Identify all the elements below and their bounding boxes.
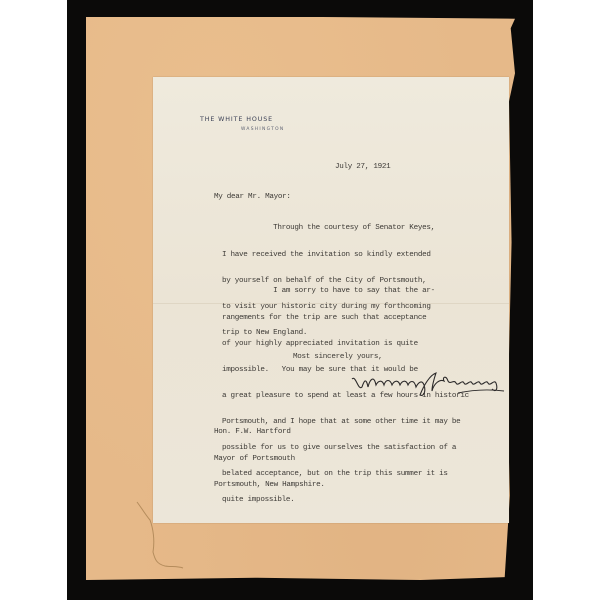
paragraph-line: of your highly appreciated invitation is… — [222, 340, 469, 349]
letterhead-subtitle: WASHINGTON — [241, 127, 284, 132]
salutation: My dear Mr. Mayor: — [214, 193, 291, 202]
letter-date: July 27, 1921 — [335, 163, 390, 172]
letterhead-title: THE WHITE HOUSE — [200, 116, 273, 123]
recipient-address: Hon. F.W. Hartford Mayor of Portsmouth P… — [214, 411, 325, 507]
paragraph-line: Through the courtesy of Senator Keyes, — [222, 224, 435, 233]
paragraph-line: rangements for the trip are such that ac… — [222, 314, 469, 323]
signature: Warren G Harding — [348, 365, 508, 399]
address-line: Portsmouth, New Hampshire. — [214, 481, 325, 490]
address-line: Hon. F.W. Hartford — [214, 428, 325, 437]
letter-page: THE WHITE HOUSE WASHINGTON July 27, 1921… — [153, 77, 509, 523]
address-line: Mayor of Portsmouth — [214, 455, 325, 464]
paragraph-line: I have received the invitation so kindly… — [222, 251, 435, 260]
closing: Most sincerely yours, — [293, 353, 382, 362]
paragraph-line: I am sorry to have to say that the ar- — [222, 287, 469, 296]
